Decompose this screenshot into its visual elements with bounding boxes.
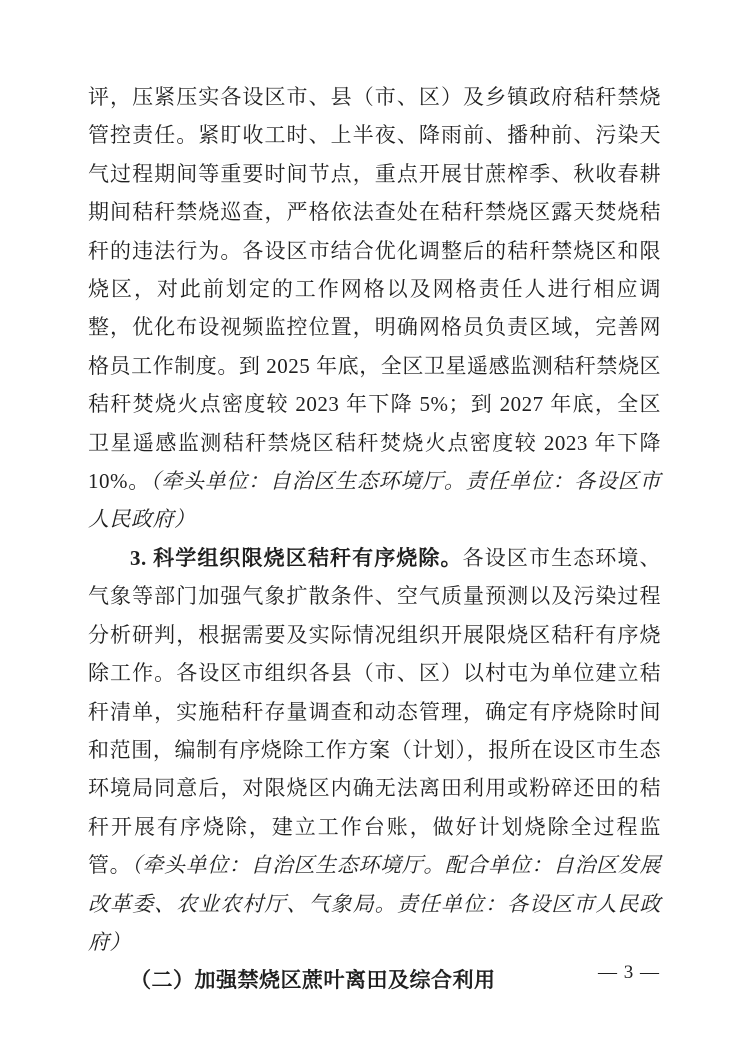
document-body: 评，压紧压实各设区市、县（市、区）及乡镇政府秸秆禁烧管控责任。紧盯收工时、上半夜… [88,78,661,1000]
paragraph: 评，压紧压实各设区市、县（市、区）及乡镇政府秸秆禁烧管控责任。紧盯收工时、上半夜… [88,78,661,539]
text-segment-bold: 3. 科学组织限烧区秸秆有序烧除。 [130,546,463,570]
document-page: 评，压紧压实各设区市、县（市、区）及乡镇政府秸秆禁烧管控责任。紧盯收工时、上半夜… [0,0,744,1052]
paragraph: （二）加强禁烧区蔗叶离田及综合利用 [88,961,661,999]
text-segment-normal: 各设区市生态环境、气象等部门加强气象扩散条件、空气质量预测以及污染过程分析研判，… [88,546,661,877]
text-segment-heading: （二）加强禁烧区蔗叶离田及综合利用 [130,968,496,992]
page-number: — 3 — [598,962,660,984]
text-segment-normal: 评，压紧压实各设区市、县（市、区）及乡镇政府秸秆禁烧管控责任。紧盯收工时、上半夜… [88,85,661,493]
text-segment-kai: （牵头单位：自治区生态环境厅。责任单位：各设区市人民政府） [88,469,661,531]
text-segment-kai: （牵头单位：自治区生态环境厅。配合单位：自治区发展改革委、农业农村厅、气象局。责… [88,853,661,954]
paragraph: 3. 科学组织限烧区秸秆有序烧除。各设区市生态环境、气象等部门加强气象扩散条件、… [88,539,661,961]
